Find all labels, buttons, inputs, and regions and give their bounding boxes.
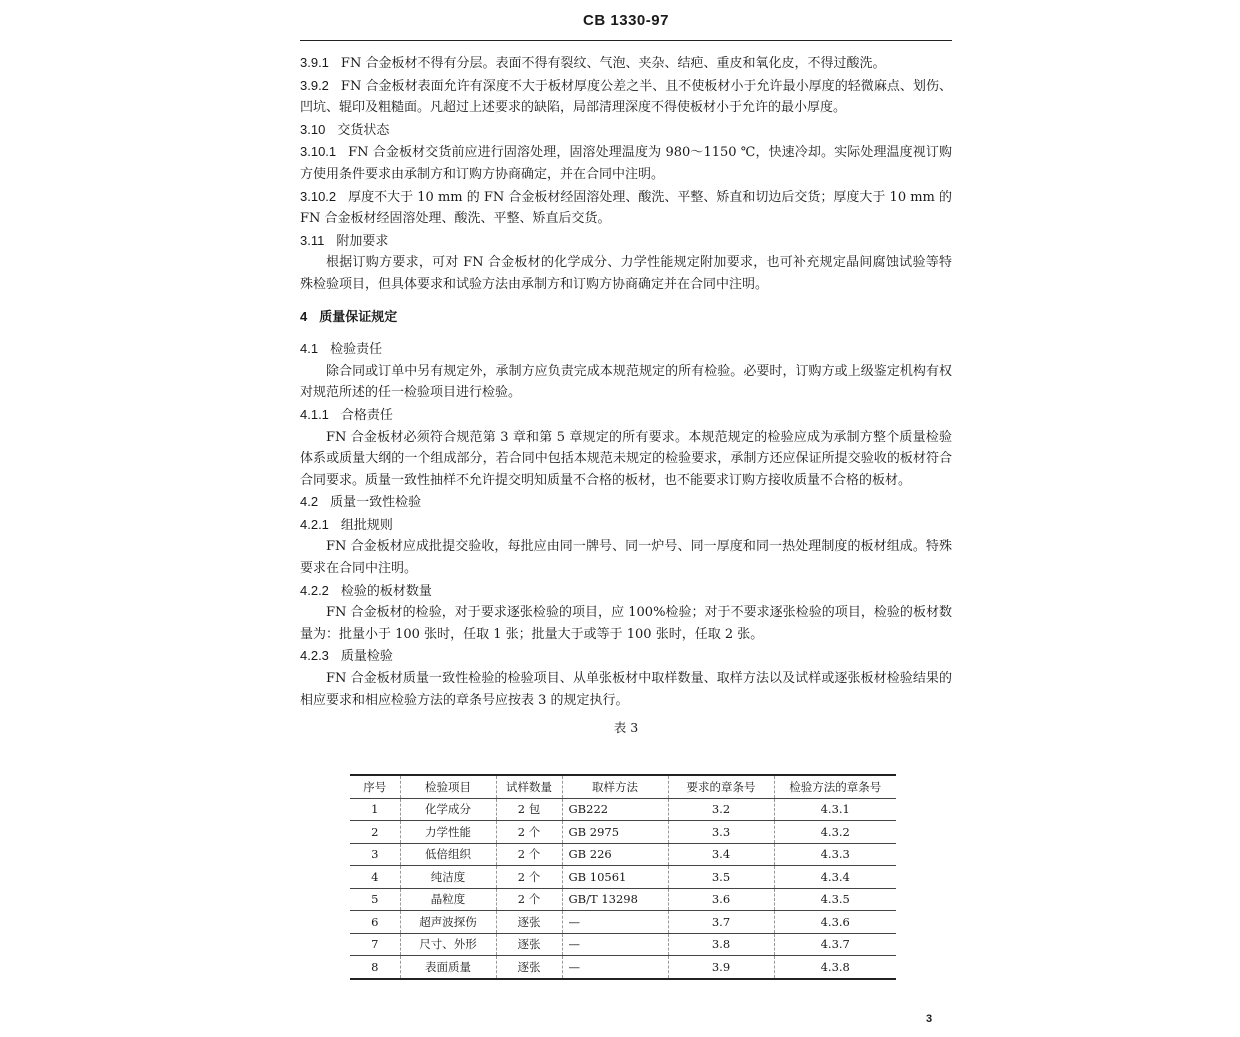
table-cell: 5 xyxy=(350,888,400,911)
page-number: 3 xyxy=(926,1013,932,1025)
clause-3-9-1: 3.9.1FN 合金板材不得有分层。表面不得有裂纹、气泡、夹杂、结疤、重皮和氧化… xyxy=(300,52,952,75)
table-row: 6 超声波探伤 逐张 — 3.7 4.3.6 xyxy=(350,911,896,934)
paragraph-4-2-3: FN 合金板材质量一致性检验的检验项目、从单张板材中取样数量、取样方法以及试样或… xyxy=(300,668,952,711)
table-cell: 2 xyxy=(350,821,400,844)
clause-text: FN 合金板材交货前应进行固溶处理，固溶处理温度为 980～1150 ℃，快速冷… xyxy=(300,145,952,182)
paragraph-4-2-2: FN 合金板材的检验，对于要求逐张检验的项目，应 100%检验；对于不要求逐张检… xyxy=(300,602,952,645)
heading-text: 组批规则 xyxy=(341,518,393,533)
table-cell: 低倍组织 xyxy=(400,843,496,866)
table-row: 3 低倍组织 2 个 GB 226 3.4 4.3.3 xyxy=(350,843,896,866)
clause-number: 3.10.1 xyxy=(300,144,336,159)
table-cell: 4.3.1 xyxy=(774,798,896,821)
inspection-table: 序号 检验项目 试样数量 取样方法 要求的章条号 检验方法的章条号 1 化学成分… xyxy=(350,774,896,980)
heading-text: 合格责任 xyxy=(341,408,393,423)
column-header: 要求的章条号 xyxy=(668,775,774,798)
heading-text: 交货状态 xyxy=(337,123,389,138)
table-cell: 逐张 xyxy=(496,933,562,956)
clause-number: 3.9.2 xyxy=(300,78,329,93)
heading-4-2: 4.2质量一致性检验 xyxy=(300,491,952,514)
clause-number: 3.10.2 xyxy=(300,189,336,204)
heading-number: 4.1 xyxy=(300,341,318,356)
heading-4-2-3: 4.2.3质量检验 xyxy=(300,645,952,668)
table-cell: GB 10561 xyxy=(562,866,668,889)
clause-text: FN 合金板材表面允许有深度不大于板材厚度公差之半、且不使板材小于允许最小厚度的… xyxy=(300,79,952,116)
clause-text: FN 合金板材不得有分层。表面不得有裂纹、气泡、夹杂、结疤、重皮和氧化皮，不得过… xyxy=(341,56,886,71)
heading-number: 3.10 xyxy=(300,122,325,137)
heading-3-11: 3.11附加要求 xyxy=(300,230,952,253)
table-row: 4 纯洁度 2 个 GB 10561 3.5 4.3.4 xyxy=(350,866,896,889)
paragraph-3-11: 根据订购方要求，可对 FN 合金板材的化学成分、力学性能规定附加要求，也可补充规… xyxy=(300,252,952,295)
clause-3-10-2: 3.10.2厚度不大于 10 mm 的 FN 合金板材经固溶处理、酸洗、平整、矫… xyxy=(300,186,952,230)
heading-text: 质量一致性检验 xyxy=(330,495,421,510)
heading-number: 4.2 xyxy=(300,494,318,509)
table-cell: 4.3.6 xyxy=(774,911,896,934)
heading-number: 4.2.3 xyxy=(300,648,329,663)
clause-number: 3.9.1 xyxy=(300,55,329,70)
heading-number: 4.1.1 xyxy=(300,407,329,422)
table-cell: 8 xyxy=(350,956,400,979)
heading-4-1: 4.1检验责任 xyxy=(300,338,952,361)
table-cell: 3.7 xyxy=(668,911,774,934)
table-cell: 2 个 xyxy=(496,888,562,911)
table-row: 2 力学性能 2 个 GB 2975 3.3 4.3.2 xyxy=(350,821,896,844)
clause-text: 厚度不大于 10 mm 的 FN 合金板材经固溶处理、酸洗、平整、矫直和切边后交… xyxy=(300,190,952,227)
header-divider xyxy=(300,40,952,41)
table-cell: 1 xyxy=(350,798,400,821)
section-title: 质量保证规定 xyxy=(319,310,397,325)
table-cell: 2 个 xyxy=(496,843,562,866)
table-cell: — xyxy=(562,933,668,956)
table-cell: 3.2 xyxy=(668,798,774,821)
table-cell: GB/T 13298 xyxy=(562,888,668,911)
clause-3-9-2: 3.9.2FN 合金板材表面允许有深度不大于板材厚度公差之半、且不使板材小于允许… xyxy=(300,75,952,119)
table-cell: 2 个 xyxy=(496,821,562,844)
table-cell: 3 xyxy=(350,843,400,866)
paragraph-4-1-1: FN 合金板材必须符合规范第 3 章和第 5 章规定的所有要求。本规范规定的检验… xyxy=(300,427,952,492)
table-cell: 3.4 xyxy=(668,843,774,866)
clause-3-10-1: 3.10.1FN 合金板材交货前应进行固溶处理，固溶处理温度为 980～1150… xyxy=(300,141,952,185)
table-cell: 4.3.2 xyxy=(774,821,896,844)
table-cell: GB222 xyxy=(562,798,668,821)
column-header: 取样方法 xyxy=(562,775,668,798)
column-header: 序号 xyxy=(350,775,400,798)
table-row: 7 尺寸、外形 逐张 — 3.8 4.3.7 xyxy=(350,933,896,956)
table-cell: 纯洁度 xyxy=(400,866,496,889)
table-cell: 4.3.7 xyxy=(774,933,896,956)
table-cell: GB 226 xyxy=(562,843,668,866)
table-row: 1 化学成分 2 包 GB222 3.2 4.3.1 xyxy=(350,798,896,821)
table-cell: 3.8 xyxy=(668,933,774,956)
heading-4-2-2: 4.2.2检验的板材数量 xyxy=(300,580,952,603)
heading-number: 3.11 xyxy=(300,233,324,248)
table-cell: 化学成分 xyxy=(400,798,496,821)
table-cell: 4.3.4 xyxy=(774,866,896,889)
table-cell: 超声波探伤 xyxy=(400,911,496,934)
table-cell: 2 包 xyxy=(496,798,562,821)
paragraph-4-1: 除合同或订单中另有规定外，承制方应负责完成本规范规定的所有检验。必要时，订购方或… xyxy=(300,361,952,404)
heading-number: 4.2.2 xyxy=(300,583,329,598)
heading-number: 4.2.1 xyxy=(300,517,329,532)
table-cell: 4 xyxy=(350,866,400,889)
paragraph-4-2-1: FN 合金板材应成批提交验收，每批应由同一牌号、同一炉号、同一厚度和同一热处理制… xyxy=(300,536,952,579)
heading-text: 检验的板材数量 xyxy=(341,584,432,599)
document-body: 3.9.1FN 合金板材不得有分层。表面不得有裂纹、气泡、夹杂、结疤、重皮和氧化… xyxy=(300,52,952,739)
table-cell: 晶粒度 xyxy=(400,888,496,911)
heading-text: 附加要求 xyxy=(336,234,388,249)
table-cell: 逐张 xyxy=(496,956,562,979)
heading-4-2-1: 4.2.1组批规则 xyxy=(300,514,952,537)
heading-4-1-1: 4.1.1合格责任 xyxy=(300,404,952,427)
table-cell: 3.9 xyxy=(668,956,774,979)
table-row: 5 晶粒度 2 个 GB/T 13298 3.6 4.3.5 xyxy=(350,888,896,911)
column-header: 检验方法的章条号 xyxy=(774,775,896,798)
table-cell: — xyxy=(562,911,668,934)
table-row: 8 表面质量 逐张 — 3.9 4.3.8 xyxy=(350,956,896,979)
table-cell: 7 xyxy=(350,933,400,956)
table-cell: 3.5 xyxy=(668,866,774,889)
section-number: 4 xyxy=(300,309,307,324)
table-caption: 表 3 xyxy=(300,717,952,739)
table-cell: GB 2975 xyxy=(562,821,668,844)
table-cell: 4.3.3 xyxy=(774,843,896,866)
section-4: 4质量保证规定 xyxy=(300,306,952,329)
table-cell: 表面质量 xyxy=(400,956,496,979)
table-cell: — xyxy=(562,956,668,979)
table-cell: 力学性能 xyxy=(400,821,496,844)
table-cell: 6 xyxy=(350,911,400,934)
table-cell: 2 个 xyxy=(496,866,562,889)
table-cell: 尺寸、外形 xyxy=(400,933,496,956)
doc-header-code: CB 1330-97 xyxy=(300,12,952,29)
table-cell: 4.3.8 xyxy=(774,956,896,979)
heading-text: 质量检验 xyxy=(341,649,393,664)
table-cell: 逐张 xyxy=(496,911,562,934)
table-header-row: 序号 检验项目 试样数量 取样方法 要求的章条号 检验方法的章条号 xyxy=(350,775,896,798)
column-header: 检验项目 xyxy=(400,775,496,798)
table-cell: 3.3 xyxy=(668,821,774,844)
heading-3-10: 3.10交货状态 xyxy=(300,119,952,142)
table-cell: 4.3.5 xyxy=(774,888,896,911)
table-cell: 3.6 xyxy=(668,888,774,911)
heading-text: 检验责任 xyxy=(330,342,382,357)
column-header: 试样数量 xyxy=(496,775,562,798)
